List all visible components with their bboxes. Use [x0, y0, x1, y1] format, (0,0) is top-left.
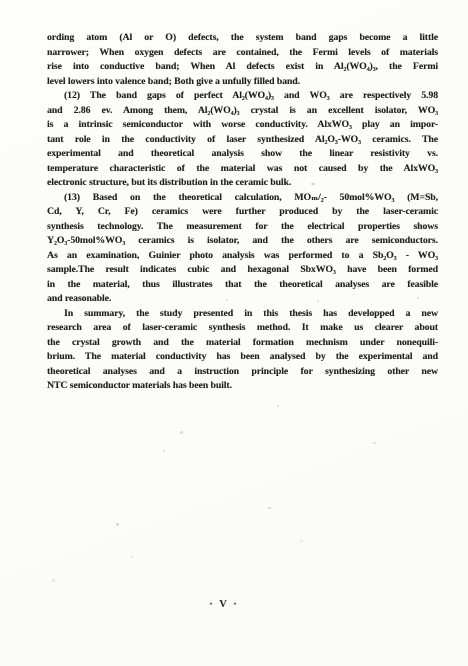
abstract-text: ording atom (Al or O) defects, the syste…	[47, 31, 438, 394]
page-number: · V ·	[184, 599, 264, 610]
scan-speck	[163, 450, 165, 452]
text-line: experimental and theoretical analysis sh…	[47, 147, 438, 162]
text-line: As an examination, Guinier photo analysi…	[47, 249, 438, 264]
scan-speck	[417, 297, 419, 299]
document-page: ording atom (Al or O) defects, the syste…	[0, 0, 468, 666]
text-line: (12) The band gaps of perfect Al₂(WO₄)₃ …	[47, 89, 438, 104]
scan-speck	[226, 299, 228, 301]
text-line: level lowers into valence band; Both giv…	[47, 75, 438, 90]
text-line: brium. The material conductivity has bee…	[47, 350, 438, 365]
scan-speck	[268, 507, 271, 509]
scan-speck	[277, 405, 279, 407]
text-line: is a intrinsic semiconductor with worse …	[47, 118, 438, 133]
text-line: In summary, the study presented in this …	[47, 307, 438, 322]
text-line: NTC semiconductor materials has been bui…	[47, 379, 438, 394]
text-line: synthesis technology. The measurement fo…	[47, 220, 438, 235]
scan-speck	[300, 540, 303, 542]
text-line: and 2.86 ev. Among them, Al₂(WO₄)₃ cryst…	[47, 104, 438, 119]
text-line: electronic structure, but its distributi…	[47, 176, 438, 191]
text-line: and reasonable.	[47, 292, 438, 307]
text-line: rise into conductive band; When Al defec…	[47, 60, 438, 75]
text-line: (13) Based on the theoretical calculatio…	[47, 191, 438, 206]
scan-speck	[131, 556, 133, 558]
text-line: temperature characteristic of the materi…	[47, 162, 438, 177]
text-line: Y₂O₃-50mol%WO₃ ceramics is isolator, and…	[47, 234, 438, 249]
text-line: sample.The result indicates cubic and he…	[47, 263, 438, 278]
scan-speck	[373, 442, 376, 444]
scan-speck	[116, 523, 119, 526]
scan-speck	[52, 579, 55, 582]
scan-speck	[180, 431, 183, 434]
text-line: the crystal growth and the material form…	[47, 336, 438, 351]
text-line: Cd, Y, Cr, Fe) ceramics were further pro…	[47, 205, 438, 220]
text-line: in the material, thus illustrates that t…	[47, 278, 438, 293]
text-line: theoretical analyses and a instruction p…	[47, 365, 438, 380]
text-line: research area of laser-ceramic synthesis…	[47, 321, 438, 336]
text-line: ording atom (Al or O) defects, the syste…	[47, 31, 438, 46]
scan-speck	[317, 300, 319, 302]
text-line: tant role in the conductivity of laser s…	[47, 133, 438, 148]
scan-speck	[311, 183, 315, 185]
text-line: narrower; When oxygen defects are contai…	[47, 46, 438, 61]
